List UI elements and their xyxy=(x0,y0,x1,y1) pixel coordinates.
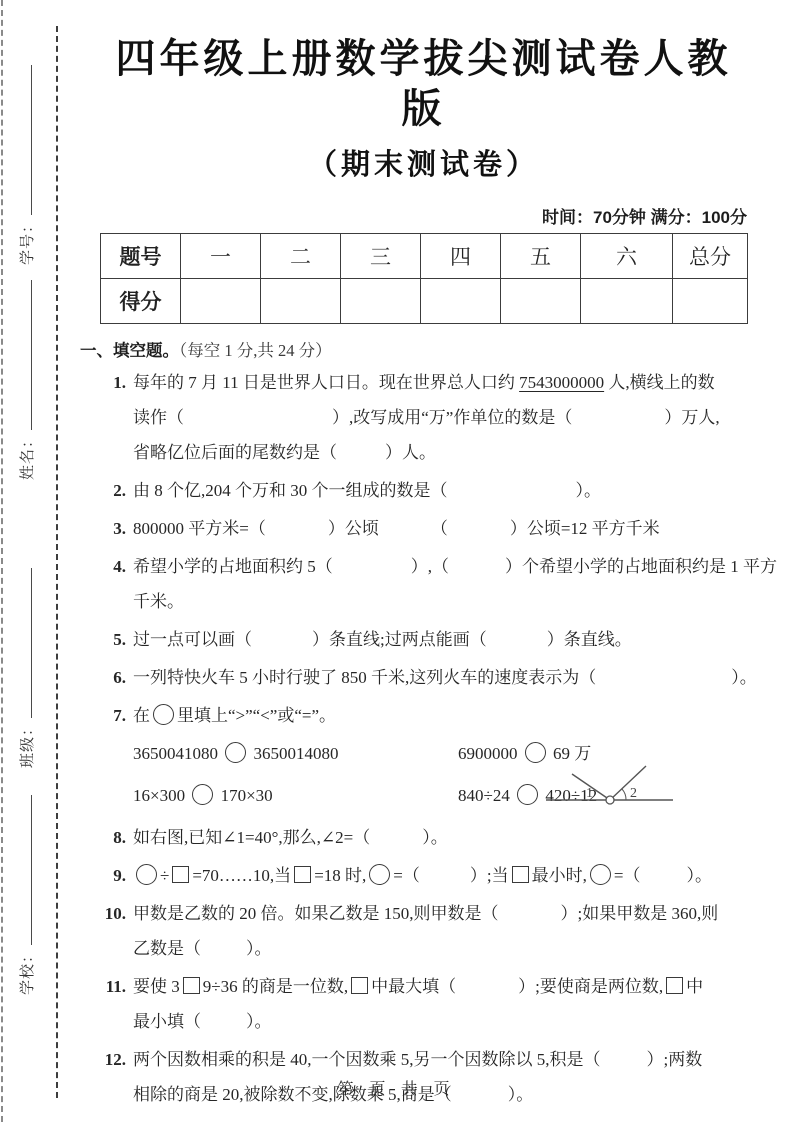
question-number: 9. xyxy=(96,858,126,893)
page-title: 四年级上册数学拔尖测试卷人教版 xyxy=(96,34,751,134)
header-cell: 六 xyxy=(581,234,673,279)
question-8: 8. 如右图,已知∠1=40°,那么,∠2=（）。 xyxy=(96,820,751,855)
student-id-blank xyxy=(17,65,32,215)
score-cell xyxy=(341,279,421,324)
comparison-item: 3650041080 3650014080 xyxy=(133,733,458,775)
test-paper-page: 学号： 姓名： 班级： 学校： 四年级上册数学拔尖测试卷人教版 （期末测试卷） … xyxy=(0,0,793,1122)
question-number: 11. xyxy=(96,969,126,1039)
question-text: 过一点可以画（）条直线;过两点能画（）条直线。 xyxy=(133,622,751,657)
question-text: 省略亿位后面的尾数约是（）人。 xyxy=(133,435,751,470)
question-1: 1. 每年的 7 月 11 日是世界人口日。现在世界总人口约 754300000… xyxy=(96,365,751,470)
score-cell xyxy=(501,279,581,324)
question-number: 1. xyxy=(96,365,126,470)
score-cell xyxy=(673,279,748,324)
score-table: 题号 一 二 三 四 五 六 总分 得分 xyxy=(100,233,748,324)
angle-2-label: 2 xyxy=(630,786,637,801)
question-text: 千米。 xyxy=(133,584,751,619)
question-3: 3. 800000 平方米=（）公顷（）公顷=12 平方千米 xyxy=(96,511,751,546)
student-name-label: 姓名： xyxy=(16,432,37,480)
question-text: 800000 平方米=（）公顷（）公顷=12 平方千米 xyxy=(133,511,751,546)
question-4: 4. 希望小学的占地面积约 5（）,（）个希望小学的占地面积约是 1 平方 千米… xyxy=(96,549,751,619)
comparison-item: 16×300 170×30 xyxy=(133,775,458,817)
question-2: 2. 由 8 个亿,204 个万和 30 个一组成的数是（）。 xyxy=(96,473,751,508)
student-name-blank xyxy=(17,280,32,430)
page-footer: 第 页 共 页 xyxy=(0,1076,793,1099)
question-text: ÷=70……10,当=18 时,=（）;当最小时,=（）。 xyxy=(133,858,751,893)
question-9: 9. ÷=70……10,当=18 时,=（）;当最小时,=（）。 xyxy=(96,858,751,893)
exam-meta: 时间：70分钟 满分：100分 xyxy=(96,203,751,228)
question-number: 3. xyxy=(96,511,126,546)
header-cell: 题号 xyxy=(101,234,181,279)
student-id-label: 学号： xyxy=(16,217,37,265)
section-heading: 一、填空题。（每空 1 分,共 24 分） xyxy=(80,337,751,361)
school-blank xyxy=(17,795,32,945)
header-cell: 五 xyxy=(501,234,581,279)
header-cell: 一 xyxy=(181,234,261,279)
school-field: 学校： xyxy=(16,795,40,995)
question-10: 10. 甲数是乙数的 20 倍。如果乙数是 150,则甲数是（）;如果甲数是 3… xyxy=(96,896,751,966)
section-title: 一、填空题。 xyxy=(80,341,179,360)
question-text: 乙数是（）。 xyxy=(133,931,751,966)
class-label: 班级： xyxy=(16,720,37,768)
question-number: 8. xyxy=(96,820,126,855)
angle-1-label: 1 xyxy=(586,786,593,801)
class-blank xyxy=(17,568,32,718)
question-list: 1. 每年的 7 月 11 日是世界人口日。现在世界总人口约 754300000… xyxy=(96,365,751,1112)
header-cell: 总分 xyxy=(673,234,748,279)
student-name-field: 姓名： xyxy=(16,280,40,480)
header-cell: 三 xyxy=(341,234,421,279)
angle-figure: 1 2 xyxy=(542,760,677,808)
header-cell: 四 xyxy=(421,234,501,279)
question-text: 读作（）,改写成用“万”作单位的数是（）万人, xyxy=(133,400,751,435)
question-text: 一列特快火车 5 小时行驶了 850 千米,这列火车的速度表示为（）。 xyxy=(133,660,751,695)
binding-dashed-line xyxy=(56,26,58,1098)
question-number: 5. xyxy=(96,622,126,657)
question-text: 如右图,已知∠1=40°,那么,∠2=（）。 xyxy=(133,820,751,855)
question-11: 11. 要使 39÷36 的商是一位数,中最大填（）;要使商是两位数,中 最小填… xyxy=(96,969,751,1039)
question-5: 5. 过一点可以画（）条直线;过两点能画（）条直线。 xyxy=(96,622,751,657)
score-cell xyxy=(181,279,261,324)
question-number: 10. xyxy=(96,896,126,966)
score-cell xyxy=(581,279,673,324)
question-text: 在里填上“>”“<”或“=”。 xyxy=(133,698,751,733)
question-text: 由 8 个亿,204 个万和 30 个一组成的数是（）。 xyxy=(133,473,751,508)
question-text: 最小填（）。 xyxy=(133,1004,751,1039)
paper-body: 四年级上册数学拔尖测试卷人教版 （期末测试卷） 时间：70分钟 满分：100分 … xyxy=(96,0,751,1115)
school-label: 学校： xyxy=(16,947,37,995)
question-number: 6. xyxy=(96,660,126,695)
page-edge-dashes xyxy=(1,0,3,1122)
score-table-header-row: 题号 一 二 三 四 五 六 总分 xyxy=(101,234,748,279)
question-number: 2. xyxy=(96,473,126,508)
question-text: 要使 39÷36 的商是一位数,中最大填（）;要使商是两位数,中 xyxy=(133,969,751,1004)
header-cell: 二 xyxy=(261,234,341,279)
student-id-field: 学号： xyxy=(16,65,40,265)
score-table-score-row: 得分 xyxy=(101,279,748,324)
question-text: 每年的 7 月 11 日是世界人口日。现在世界总人口约 7543000000 人… xyxy=(133,365,751,400)
question-number: 7. xyxy=(96,698,126,817)
question-text: 甲数是乙数的 20 倍。如果乙数是 150,则甲数是（）;如果甲数是 360,则 xyxy=(133,896,751,931)
question-6: 6. 一列特快火车 5 小时行驶了 850 千米,这列火车的速度表示为（）。 xyxy=(96,660,751,695)
page-subtitle: （期末测试卷） xyxy=(96,142,751,183)
score-cell xyxy=(261,279,341,324)
question-text: 两个因数相乘的积是 40,一个因数乘 5,另一个因数除以 5,积是（）;两数 xyxy=(133,1042,751,1077)
class-field: 班级： xyxy=(16,568,40,768)
section-note: （每空 1 分,共 24 分） xyxy=(179,341,332,360)
question-text: 希望小学的占地面积约 5（）,（）个希望小学的占地面积约是 1 平方 xyxy=(133,549,751,584)
score-cell xyxy=(421,279,501,324)
score-row-label: 得分 xyxy=(101,279,181,324)
question-number: 4. xyxy=(96,549,126,619)
